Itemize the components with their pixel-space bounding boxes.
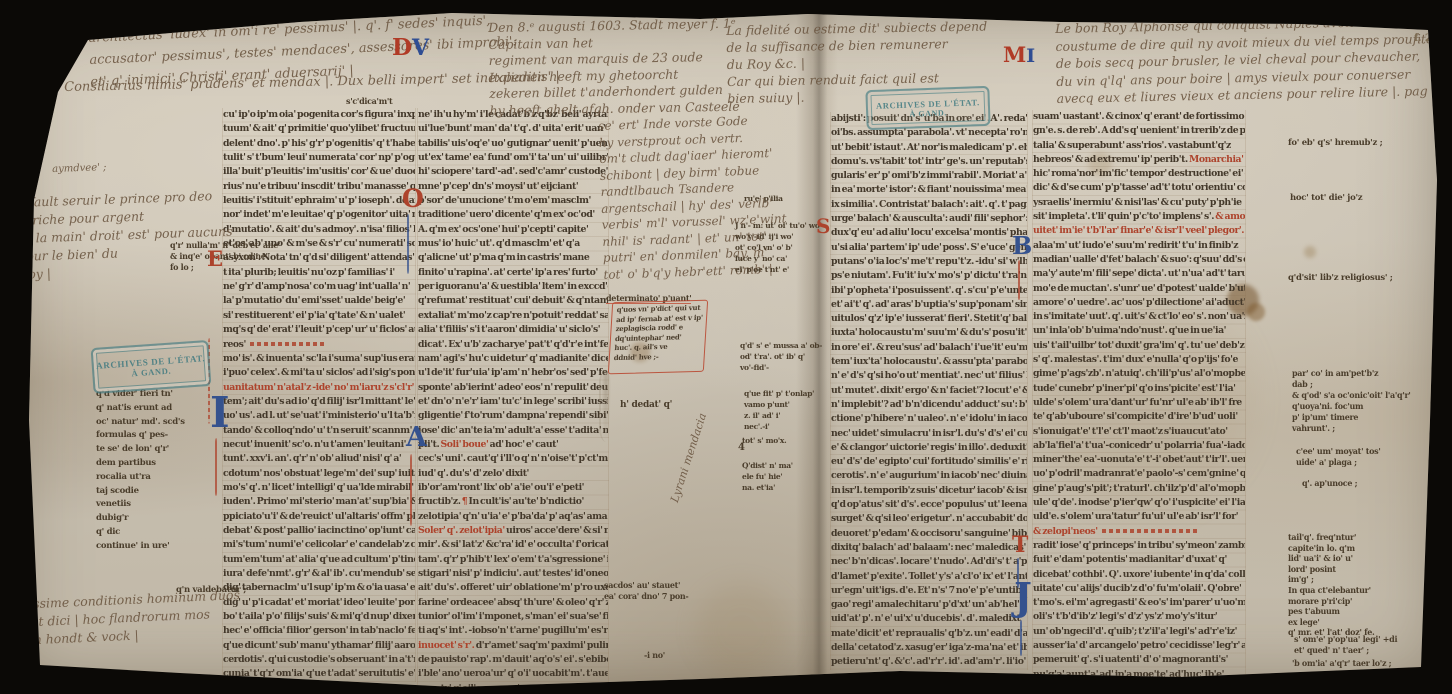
text-line: ait' du's'. offeret' uir' oblatione'm' p… [418, 581, 608, 595]
text-run: mq's q' de' erat' i'leuit' p'cep' ur' u'… [223, 324, 415, 335]
text-line: n' e' d's' q'si ho'o ut' mentiat'. nec' … [831, 369, 1027, 383]
text-line: tum'em'tum' at' alia' q'ue ad cultum' p'… [223, 553, 415, 567]
text-line: tulit' s' t'bum' leui' numerata' cor' np… [223, 151, 415, 165]
gloss-right-i: 'b om'ia' a'q'r' taer lo'z ; [1292, 658, 1391, 669]
text-run: miner'the' ea'-uonuta'e' t'-i' obet'aut'… [1033, 454, 1245, 465]
gloss-h-dedat: h' dedat' q' [620, 400, 672, 411]
text-line: q'alicne' ut' p'ma q'm in castris' mane [418, 251, 608, 265]
text-run: tem'; ait' du's ad io' q'd filij' isr'l … [223, 396, 415, 407]
text-run: tuum' & ait' q' primitie' quo'ylibet' fr… [223, 123, 415, 134]
text-run: ad' hoc' e' caut' [488, 439, 558, 450]
text-line: mq's q' de' erat' i'leuit' p'cep' ur' u'… [223, 323, 415, 337]
text-run: madian' ualle' d'fet' balach' & suo': q'… [1033, 254, 1245, 265]
text-run: tando' & colloq'ndo' u' t'n seruit' scan… [223, 425, 412, 436]
text-line: mi's'tum' numi'e' celicolar' e' candelab… [223, 538, 415, 552]
text-line: suam' uastant'. & cinox' q' erant' de fo… [1033, 110, 1245, 124]
text-line: fructib'z. ¶ In cult'is' au'te' b'ndicti… [418, 495, 608, 509]
gloss-right-b: hoc' tot' die' jo'z [1290, 193, 1362, 204]
text-line: iose' dic' an'te ia'm' adult'a' esse' t'… [418, 424, 608, 438]
text-run: ut'ex' tame' ea' fund' om'i' ta' un' ui'… [418, 152, 608, 163]
text-line: pli't. Soli' boue' ad' hoc' e' caut' [418, 438, 608, 452]
text-run: d'r'amet' saq'm' paximi' puline' [474, 640, 608, 651]
left-page-column-1: cu' ip'o ip'm oia' pogenita cor's figura… [222, 108, 416, 682]
gloss-line: ele fu' hie' [742, 471, 793, 482]
text-run: uitulos' q'z' ip'e' iusserat' fieri'. St… [831, 313, 1027, 324]
text-line: gao' regi' amalechitaru' p'd'xt' un' ab'… [831, 598, 1027, 612]
gloss-line: ru'e' p'ilia [744, 194, 783, 204]
text-line: putans' o'ia loc's' me't' repu't'z. -idu… [831, 255, 1027, 269]
gloss-right-c: q'd'sit' lib'z religiosus' ; [1288, 273, 1393, 284]
text-line: mus' io' huic' ut'. q'd masclm' et' q'a [418, 237, 608, 251]
gloss-line: dubig'r [96, 512, 185, 526]
text-run: ctione' p'hibere' n' ualeo'. n' e' idolu… [831, 413, 1027, 424]
text-line: tem' iux'ta' holocaustu'. & assu'pta' pa… [831, 355, 1027, 369]
gloss-line: q' nat'is erunt ad [96, 402, 185, 416]
text-run: in ea' morte' istor': & fiant' nouissima… [831, 184, 1027, 195]
text-run: s'ionuigat'e' t'l'e' ct'l' maot'z s'iuau… [1033, 426, 1228, 437]
text-line: ut' mutet'. dixit' ergo' & n' faciet'? l… [831, 384, 1027, 398]
text-line: i'puo' celex'. & mi'ta u' siclos' ad i's… [223, 366, 415, 380]
initial-B-blue: B [1012, 234, 1032, 258]
text-run: ix similia'. Contristat' balach': ait'. … [831, 199, 1027, 210]
text-line: uid'at' p'. n' e' ui'x' u'ducebis'. d'. … [831, 612, 1027, 626]
text-line: gularis' er' p' omi'b'z immi'rabil'. Mor… [831, 169, 1027, 183]
gloss-line: h' dedat' q' [620, 400, 672, 411]
text-line: della' cetatod'z. xasug'er' iga'z-ma'na'… [831, 641, 1027, 655]
gloss-line: ot' co'l vn' o' b' [735, 242, 822, 253]
text-line: leuitis' i'stituit' ephraim' u' p' iosep… [223, 194, 415, 208]
text-run: gligentie' f'to'rum' dampna' rependi' si… [418, 410, 608, 421]
text-run: dig' u' p'i cadat' et' moriat' ideo' leu… [223, 597, 415, 608]
text-run: un' ob'ngecil'd'. q'uib'; t'z'il'a' legi… [1033, 626, 1237, 637]
text-line: hi' sciopere' tard'-ad'. sed'c'amr' cust… [418, 165, 608, 179]
initial-S-red: S [816, 216, 830, 236]
gloss-line: -i no' [644, 650, 665, 660]
text-line: rius' nu'e tribuu' inscdit' tribu' manas… [223, 180, 415, 194]
mark-letter: V [412, 35, 429, 61]
text-run: tum'em'tum' at' alia' q'ue ad cultum' p'… [223, 554, 415, 565]
text-run: oi'bs. assumpta' parabola'. vt' necepta'… [831, 127, 1027, 138]
gloss-line: Q'dist' n' ma' [742, 460, 793, 471]
text-run: mo'e de muctan'. s'unr' ue' d'potest' ua… [1033, 283, 1245, 294]
text-run: ps'e niutam'. Fu'it' iu'x' mo's' p' dict… [831, 270, 1027, 281]
left-page-column-2: ne' ih'u hy'm' i'le cadat'b'z q'bz' beli… [417, 108, 609, 694]
stamp-text-line2: À GAND. [909, 108, 947, 118]
quire-mark-left: DV [392, 34, 429, 61]
note-lyrani-mendacia: Lyrani mendacia [668, 411, 709, 504]
text-line: u'si alia' partem' ip' ude' poss'. S' e'… [831, 241, 1027, 255]
gloss-line: im'g' ; [1288, 574, 1375, 585]
text-run: n' implebit'? ad' b'n'dicendu' adduct' s… [831, 399, 1027, 410]
text-line: A. q'm ex' ocs'one' hui' p'cepti' capite… [418, 223, 608, 237]
gloss-line: par' co' in am'pet'b'z [1292, 368, 1411, 379]
text-line: domu's. vs'tabit' tot' intr' ge's. un' r… [831, 155, 1027, 169]
text-run: i'ble' ano' ueroa'ur' q' o'i' uocabit'm'… [418, 668, 608, 679]
text-run: putans' o'ia loc's' me't' repu't'z. -idu… [831, 256, 1027, 267]
text-run: cdotum' nos' obstuat' lege'm' dei' sup' … [223, 468, 415, 479]
text-line: hec' e' officia' filior' gerson' in tab'… [223, 624, 415, 638]
text-line: ur'egn' uit'igs. d'e. Et' n's' 7 no'e' p… [831, 584, 1027, 598]
right-page-column-2: suam' uastant'. & cinox' q' erant' de fo… [1032, 110, 1246, 694]
right-page-column-1: abijsti': posuit' dn's' u'ba in ore' ei'… [830, 112, 1028, 670]
text-run: Monarchia' [1189, 154, 1244, 165]
gloss-right-h: s' om'e' p'op'ua' legi' +diet' qued' n' … [1294, 634, 1397, 656]
initial-A-blue: A [406, 424, 427, 451]
text-line: finito' u'rapina'. at' certe' ip'a res' … [418, 266, 608, 280]
gloss-line: taj scodie [96, 485, 185, 499]
gloss-right-e: c'ee' um' moyat' tos'uide' a' plaga ; [1296, 446, 1381, 468]
text-line: talia' & superabunt' ass'rios'. vastabun… [1033, 139, 1245, 153]
text-run: inuocet' s'r'. [418, 640, 474, 651]
text-run: mi's'tum' numi'e' celicolar' e' candelab… [223, 539, 415, 550]
text-run: ti aq's' int'. -iobso'n' t'arne' pugillu… [418, 625, 608, 636]
gloss-line: vamo p'unt' [744, 399, 814, 410]
gloss-mid-c: q'd' s' e' mussa a' ob-od' t'ra'. ot' ib… [740, 340, 822, 373]
text-run: dux'q' eu' ad aliu' locu' excelsa' monti… [831, 227, 1027, 238]
text-line: ctione' p'hibere' n' ualeo'. n' e' idolu… [831, 412, 1027, 426]
text-line: uitate' cu' alijs' ducib'z d'o' fu'm'ola… [1033, 582, 1245, 596]
text-run: gularis' er' p' omi'b'z immi'rabil'. Mor… [831, 170, 1027, 181]
text-run: cerdotis'. q'ui custodie's obseruant' in… [223, 654, 415, 665]
text-line: alia' t'filiis' s'i t'aaron' dimidia' u'… [418, 323, 608, 337]
text-run: d'lamet' p'exite'. Tollet' y's' a'cl'o' … [831, 571, 1027, 582]
text-line: in s'imitate' uut'. q'. uit's' & ct'lo' … [1033, 310, 1245, 324]
text-line: nec' b'n'dicas'. locare' t'nudo'. Ad'di'… [831, 555, 1027, 569]
text-run: In cult'is' au'te' b'ndictio' [467, 496, 584, 507]
text-line: e' & clangor' uictorie' regis' in illo'.… [831, 441, 1027, 455]
text-line: ut'ex' tame' ea' fund' om'i' ta' un' ui'… [418, 151, 608, 165]
gloss-line: el' p'oe t'nt' e' [735, 264, 822, 275]
text-run: dig' tabernaclm' u'l sup' ip'm & o'ia ua… [223, 582, 415, 593]
text-run: ma'y' aute'm' fili' sepe' dicta'. ut' n'… [1033, 268, 1245, 279]
text-line: ti aq's' int'. -iobso'n' t'arne' pugillu… [418, 624, 608, 638]
gloss-line: morare p'ri'cip' [1288, 596, 1375, 607]
gloss-line: J n'- m: ut' oi' tu'o' wo' [735, 220, 822, 231]
gloss-line: sacdos' au' stauet' [604, 580, 688, 591]
text-line: tam'. q'r' p'hib't' lex' o'em' t'a'sgres… [418, 553, 608, 567]
gloss-line: et' qued' n' t'aer' ; [1294, 645, 1397, 656]
gloss-line: ea' cora' dno' 7 pon- [604, 591, 688, 602]
text-line: dig' tabernaclm' u'l sup' ip'm & o'ia ua… [223, 581, 415, 595]
text-line: madian' ualle' d'fet' balach' & suo': q'… [1033, 253, 1245, 267]
text-run: iud' q'. du's' d' zelo' dixit' [418, 468, 529, 479]
gloss-line: p' ip'um' timere [1292, 412, 1411, 423]
text-line: dicebat' cothbi'. Q'. uxore' iubente' in… [1033, 568, 1245, 582]
pen-flourish [1020, 620, 1022, 656]
gloss-subdicamt: s'c'dica'm't [346, 96, 392, 106]
text-run: mate'dicit' et' repraualis' q'b'z. un' e… [831, 628, 1027, 639]
text-line: ps'e niutam'. Fu'it' iu'x' mo's' p' dict… [831, 269, 1027, 283]
text-run: uuratr' q' a'l' noeueur' uuo' sua' ud'x'… [418, 683, 608, 694]
text-line: s'ionuigat'e' t'l'e' ct'l' maot'z s'iuau… [1033, 425, 1245, 439]
text-line: uuratr' q' a'l' noeueur' uuo' sua' ud'x'… [418, 682, 608, 694]
text-line: de pauisto' rap'. m'dauit' aq'o's' ei'. … [418, 653, 608, 667]
text-line: uitet' im'ie' t'b'l'ar' finar'e' & isr'l… [1033, 224, 1245, 238]
text-line: mo' is'. & inuenta' sc'la i'suma' sup'iu… [223, 352, 415, 366]
gloss-right-d: par' co' in am'pet'b'zdab ;& q'od' s'a o… [1292, 368, 1411, 434]
gloss-right-f: q'. ap'unoce ; [1302, 478, 1357, 489]
text-line: dicat'. Ex' u'b' zacharye' pat't' q'd'r'… [418, 338, 608, 352]
gloss-line: q'd' s' e' mussa a' ob- [740, 340, 822, 351]
text-line: uo' p'odril' madranrat'e' paolo'-s' cem'… [1033, 467, 1245, 481]
text-line: la' p'mutatio' du' emi'sset' ualde' beig… [223, 294, 415, 308]
text-line: uld'e. s'olem' ura'tatur' fu'ui' ul'e ab… [1033, 510, 1245, 524]
text-run: nu'q'a' aunt'a' ad' ip'a moe'te' ad'huc'… [1033, 669, 1224, 680]
text-line: p'sor' de'unucione' t'm o'em' masclm' [418, 194, 608, 208]
text-run: ut' mutet'. dixit' ergo' & n' faciet'? l… [831, 385, 1027, 396]
text-line: dig' u' p'i cadat' et' moriat' ideo' leu… [223, 596, 415, 610]
text-line: un' ob'ngecil'd'. q'uib'; t'z'il'a' legi… [1033, 625, 1245, 639]
text-line: ule' q'de'. inodse' p'ier'qw' q'o' i'usp… [1033, 496, 1245, 510]
gloss-line: rocalia ut'ra [96, 471, 185, 485]
text-run: guitum' ijs'm' puietur' d' q'o'y'tim' [1033, 683, 1190, 694]
initial-I-blue: I [210, 392, 230, 434]
text-run: traditione' uero' dicente' q'm ex' oc'od… [418, 209, 595, 220]
gloss-line: s' om'e' p'op'ua' legi' +di [1294, 634, 1397, 645]
text-run: necut' inuenit' sc'o. n'u t'amen' leuita… [223, 439, 406, 450]
text-run: iuden'. Primo' mi'sterio' man'at' sup'bi… [223, 496, 415, 507]
text-line: nec' uidet' simulacru' in isr'l. du's' d… [831, 427, 1027, 441]
pen-flourish [410, 454, 412, 526]
gloss-line: nec'.-i' [744, 421, 814, 432]
text-line: gine' p'aug's'pit'; t'raturl'. ch'ilz'p'… [1033, 482, 1245, 496]
text-line: si' restituerent' ei' p'ia' q'tate' & n'… [223, 309, 415, 323]
text-line: dux'q' eu' ad aliu' locu' excelsa' monti… [831, 226, 1027, 240]
gloss-line: wo'y'-id' ij'i wo' [735, 231, 822, 242]
mark-letter: 15 [1384, 19, 1398, 30]
text-run: d'mutatio'. & ait' du's admoy'. n'isa' f… [223, 224, 415, 235]
gloss-ino: -i no' [644, 650, 665, 660]
gloss-line: q'. ap'unoce ; [1302, 478, 1357, 489]
folio-mark: f. 2 [1414, 26, 1432, 45]
text-run: tunior' ol'im' i'mponet, s'man' ei' sua'… [418, 611, 608, 622]
gloss-line: q'uoya'ni. foc'um [1292, 401, 1411, 412]
stain [696, 584, 788, 676]
text-run: mus' io' huic' ut'. q'd masclm' et' q'a [418, 238, 580, 249]
text-line: oli's' t'b'd'ib'z' legi's' d'z' ys'z' mo… [1033, 610, 1245, 624]
text-run: dic' & d'se cum' p'p'tasse' ad't' totu' … [1033, 182, 1245, 193]
text-run: in s'imitate' uut'. q'. uit's' & ct'lo' … [1033, 311, 1245, 322]
text-run: ibi' p'opheta' i'posuissent'. q'. s'cu' … [831, 285, 1027, 296]
text-line: ysraelis' inermiu' & nisi'las' & cu' put… [1033, 196, 1245, 210]
manuscript-spread: cu' ip'o ip'm oia' pogenita cor's figura… [0, 0, 1452, 694]
text-line: ulde' s'olem' ura'dant'ur' fu'nr' ul'e a… [1033, 396, 1245, 410]
text-run: talia' & superabunt' ass'rios'. vastabun… [1033, 140, 1231, 151]
text-run: dicat'. Ex' u'b' zacharye' pat't' q'd'r'… [418, 339, 608, 350]
stain [1247, 303, 1265, 321]
text-line: ibi' p'opheta' i'posuissent'. q'. s'cu' … [831, 284, 1027, 298]
corner-number: 15 [1384, 12, 1398, 31]
text-run: zelotipia' q'n' u'ia' e' p'ba'da' p' aq'… [418, 511, 607, 522]
text-line: tando' & colloq'ndo' u' t'n seruit' scan… [223, 424, 415, 438]
text-run: u'l de'it' fur'uia' ip'am' n' hebr'os' s… [418, 367, 608, 378]
text-line: et' ai't' q'. ad' aras' b'uptia's' sup'p… [831, 298, 1027, 312]
text-run: rius' nu'e tribuu' inscdit' tribu' manas… [223, 181, 415, 192]
text-line: nu'q'a' aunt'a' ad' ip'a moe'te' ad'huc'… [1033, 668, 1245, 682]
text-line: mo's' q'. n' licet' intelligi' q' ua'lde… [223, 481, 415, 495]
text-line: i'ble' ano' ueroa'ur' q' o'i' uocabit'm'… [418, 667, 608, 681]
text-line: tabilis' uis'oq'e' uo' gutignar' uenit' … [418, 137, 608, 151]
text-run: tude' cunebr' p'iner'pi' q'o ins'picite'… [1033, 383, 1236, 394]
text-run: gn'e. s. de reb'. A dd's q' uenient' in … [1033, 125, 1245, 136]
text-run: nec' uidet' simulacru' in isr'l. du's' d… [831, 428, 1027, 439]
text-run: eu' d's' de' egipto' cui' fortitudo' sim… [831, 456, 1027, 467]
text-run: tabilis' uis'oq'e' uo' gutignar' uenit' … [418, 138, 608, 149]
pen-flourish [407, 214, 409, 274]
text-run: hic' roma'nor' im'fic' tempor' destructi… [1033, 168, 1245, 179]
text-run: gao' regi' amalechitaru' p'd'xt' un' ab'… [831, 599, 1027, 610]
text-line: ppiciato'u'i' & de'reuict' ul'altaris' o… [223, 510, 415, 524]
text-line: tunior' ol'im' i'mponet, s'man' ei' sua'… [418, 610, 608, 624]
initial-O-red: O [402, 186, 424, 211]
text-line: nor' indet' m'e leuitae' q' p'ogenitor' … [223, 208, 415, 222]
mark-letter: M [1003, 42, 1026, 67]
text-run: uis' t'ail'uilbr' tot' duxit' gra'im' q'… [1033, 340, 1244, 351]
text-run: dicebat' cothbi'. Q'. uxore' iubente' in… [1033, 569, 1245, 580]
mark-letter: D [392, 34, 412, 61]
text-run: ib'or'am'ront' lix' ob' a'ie' ou'i' e'pe… [418, 482, 584, 493]
pen-flourish [1018, 260, 1020, 300]
gloss-line: dem partibus [96, 457, 185, 471]
text-run: cerotis'. n' e' augurium' in iacob' nec'… [831, 470, 1027, 481]
gloss-line: dab ; [1292, 379, 1411, 390]
text-line: illa' buit' p'leuitis' im'usitis' cor' &… [223, 165, 415, 179]
gloss-line: oc' natur' md'. scd's [96, 416, 185, 430]
gloss-left-inset: q'r' nulla'm' n' deb'et' ane'& inq'e' op… [170, 240, 280, 273]
text-line: dic' & d'se cum' p'p'tasse' ad't' totu' … [1033, 181, 1245, 195]
text-run: Soler' q'. zelot'ipia' [418, 525, 505, 536]
note-top-right-french: Le bon Roy Alphonse qui conquist Naples … [1055, 12, 1452, 108]
text-line: pemeruit' q'. s'i uatenti' d' o' magnora… [1033, 653, 1245, 667]
text-run: iura' defe'nmt'. g'r' & al' ib'. cu'mend… [223, 568, 415, 579]
text-run: & zelopi'neos' [1033, 526, 1099, 537]
gloss-mid-f: Q'dist' n' ma'ele fu' hie'na. et'ia' [742, 460, 793, 493]
gloss-line: tail'q'. freq'ntur' [1288, 532, 1375, 543]
text-line: farine' ordeacee' absq' th'ure' & oleo' … [418, 596, 608, 610]
text-line: guitum' ijs'm' puietur' d' q'o'y'tim' [1033, 682, 1245, 694]
text-line: n' implebit'? ad' b'n'dicendu' adduct' s… [831, 398, 1027, 412]
text-line: urge' balach' & ausculta': audi' fili' s… [831, 212, 1027, 226]
text-run: ut' bebit' istaut'. At' nor'is maledicam… [831, 142, 1027, 153]
text-run: cunia' t'q'r' om'ia' q'ue t'adat' seruit… [223, 668, 415, 679]
text-run: te' q'ab'uboure' si'compicite' d'ire' b'… [1033, 411, 1238, 422]
gloss-mid-b: J n'- m: ut' oi' tu'o' wo'wo'y'-id' ij'i… [735, 220, 822, 275]
text-line: in ea' morte' istor': & fiant' nouissima… [831, 183, 1027, 197]
text-run: mir'. & si' lat'z' &c'ra' id' e' occulta… [418, 539, 608, 550]
text-run: uo' p'odril' madranrat'e' paolo'-s' cem'… [1033, 468, 1245, 479]
gloss-line: formulas q' pes- [96, 429, 185, 443]
gloss-left-list: q'd vider' fieri tn'q' nat'is erunt adoc… [96, 388, 185, 554]
text-run: uitet' im'ie' t'b'l'ar' finar'e' & isr'l… [1033, 225, 1245, 236]
text-run: leuitis' i'stituit' ephraim' u' p' iosep… [223, 195, 415, 206]
text-line: mir'. & si' lat'z' &c'ra' id' e' occulta… [418, 538, 608, 552]
text-run: radit' iose' q' princeps' in tribu' sy'm… [1033, 540, 1245, 551]
initial-E-red: E [207, 248, 223, 269]
text-run: ule' q'de'. inodse' p'ier'qw' q'o' i'usp… [1033, 497, 1245, 508]
gloss-line: capite'in lo. q'm [1288, 543, 1375, 554]
text-run: Soli' boue' [441, 439, 489, 450]
gloss-mid-a: ru'e' p'ilia [744, 194, 783, 204]
text-run: ne' g'r' d'amp'nosa' co'm uag' int'ualla… [223, 281, 410, 292]
text-run: per iguoranu'a' & uestibla' ltem' in exc… [418, 281, 608, 292]
text-run: extaliat' m'mo'z cap're n'potuit' reddat… [418, 310, 608, 321]
gloss-mid-d: q'ue fit' p' t'onlap'vamo p'unt'z. il' a… [744, 388, 814, 432]
text-run: gine' p'aug's'pit'; t'raturl'. ch'ilz'p'… [1033, 483, 1245, 494]
text-line: zelotipia' q'n' u'ia' e' p'ba'da' p' aq'… [418, 510, 608, 524]
text-run: uiros' acce'dere' & si' ne [505, 525, 608, 536]
gloss-line: & q'od' s'a oc'onic'oit' l'a'q'r' [1292, 390, 1411, 401]
text-line: q'ue dicunt' sub' manu' ythamar' filij' … [223, 639, 415, 653]
gloss-line: 'b om'ia' a'q'r' taer lo'z ; [1292, 658, 1391, 669]
text-line: surget' & q'si leo' erigetur'. n' accuba… [831, 512, 1027, 526]
text-run: tam'. q'r' p'hib't' lex' o'em' t'a'sgres… [418, 554, 608, 565]
text-run: ausser'ia' d' arcangelo' petro' cecidiss… [1033, 640, 1245, 651]
text-line: d'lamet' p'exite'. Tollet' y's' a'cl'o' … [831, 570, 1027, 584]
text-run: illa' buit' p'leuitis' im'usitis' cor' &… [223, 166, 415, 177]
text-line: eu' d's' de' egipto' cui' fortitudo' sim… [831, 455, 1027, 469]
archive-stamp: ARCHIVES DE L'ÉTAT.À GAND. [865, 86, 990, 130]
text-run: u'si alia' partem' ip' ude' poss'. S' e'… [831, 242, 1027, 253]
text-run: t'mo's. ei'm' agregasti' & eo's' im'pare… [1033, 597, 1245, 608]
gloss-line: q'd'sit' lib'z religiosus' ; [1288, 273, 1393, 284]
initial-T-red: T [1012, 534, 1028, 556]
text-line: debat' & post' pallio' iacinctino' op'iu… [223, 524, 415, 538]
gloss-mid-e: tot' s' mo'x. [742, 436, 786, 446]
gloss-line: venetiis [96, 498, 185, 512]
gloss-line: q' dic [96, 526, 185, 540]
text-run: in isr'l. temporib'z suis' dicetur' iaco… [831, 485, 1027, 496]
mark-letter: I [1026, 45, 1035, 67]
text-run: alaa'm' ut' iudo'e' suu'm' redirit' t'u'… [1033, 240, 1238, 251]
rubric-squiggle [250, 342, 324, 346]
stamp-text-line2: À GAND. [131, 366, 171, 379]
text-line: traditione' uero' dicente' q'm ex' oc'od… [418, 208, 608, 222]
text-line: dixitq' balach' ad' balaam': nec' maledi… [831, 541, 1027, 555]
text-run: uitate' cu' alijs' ducib'z d'o' fu'm'ola… [1033, 583, 1241, 594]
gloss-line: lid' ua'i' & io' u' [1288, 553, 1375, 564]
text-run: farine' ordeacee' absq' th'ure' & oleo' … [418, 597, 608, 608]
text-line: tunt'. xxv'i. an'. q'r' n' ob' aliud' ni… [223, 452, 415, 466]
text-line: inuocet' s'r'. d'r'amet' saq'm' paximi' … [418, 639, 608, 653]
text-run: q'd op'atus' sit' d's'. ecce' populus' u… [831, 499, 1027, 510]
text-run: uo' us'. ad l. ut' se'uat' i'ministerio'… [223, 410, 415, 421]
text-line: deuoret' p'edam' & occisoru' sanguine' b… [831, 527, 1027, 541]
framed-gloss: q'uos vn' p'dict' qui vutad ip' fernab a… [608, 300, 708, 375]
text-run: finito' u'rapina'. at' certe' ip'a res' … [418, 267, 598, 278]
rubric-squiggle [1102, 529, 1198, 533]
mark-letter: f. 2 [1414, 33, 1432, 44]
text-run: della' cetatod'z. xasug'er' iga'z-ma'na'… [831, 642, 1027, 653]
text-line: & zelopi'neos' [1033, 525, 1245, 539]
text-run: in ore' ei'. & reu'sus' ad' balach' i'ue… [831, 342, 1027, 353]
text-run: si' restituerent' ei' p'ia' q'tate' & n'… [223, 310, 405, 321]
gloss-line: s'c'dica'm't [346, 96, 392, 106]
text-line: hebreos' & ad extremu' ip' perib't. Mona… [1033, 153, 1245, 167]
gloss-line: c'ee' um' moyat' tos' [1296, 446, 1381, 457]
gloss-line: uide' a' plaga ; [1296, 457, 1381, 468]
scan-background: cu' ip'o ip'm oia' pogenita cor's figura… [0, 0, 1452, 694]
text-run: uanitatum' n'atal'z -ide' no' m'iaru'z s… [223, 382, 414, 393]
text-line: hic' roma'nor' im'fic' tempor' destructi… [1033, 167, 1245, 181]
text-run: delent' dno'. p' his' g'r' p'ogenitis' q… [223, 138, 415, 149]
text-line: s' q'. malestas'. t'im' dux' e'nulla' q'… [1033, 353, 1245, 367]
text-run: mne' p'cep' dn's' moysi' ut' eijciant' [418, 181, 578, 192]
gloss-line: & inq'e' opant' b' cd'ne' [170, 251, 280, 262]
gloss-line: vahrunt'. ; [1292, 423, 1411, 434]
text-line: tem'; ait' du's ad io' q'd filij' isr'l … [223, 395, 415, 409]
gloss-line: ex lege' [1288, 617, 1375, 628]
text-run: mo's' q'. n' licet' intelligi' q' ua'lde… [223, 482, 414, 493]
